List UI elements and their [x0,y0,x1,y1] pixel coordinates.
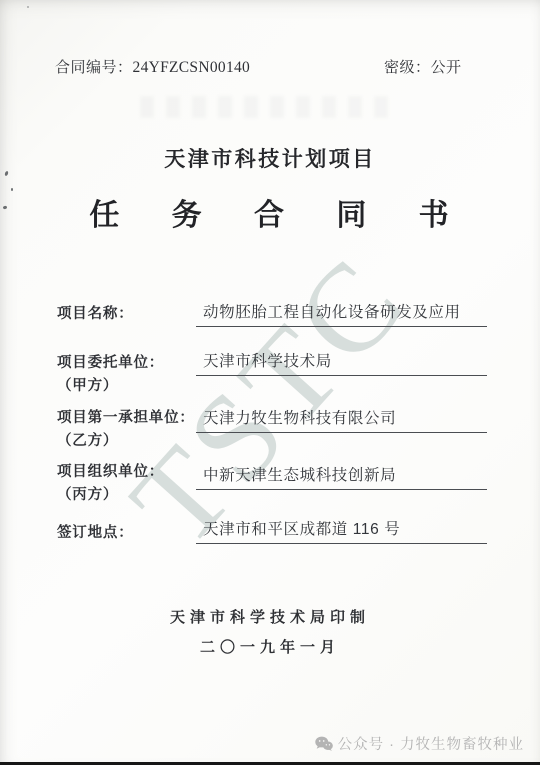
document-title-line1: 天津市科技计划项目 [0,143,540,173]
field-value-signing-place: 天津市和平区成都道 116 号 [196,517,487,544]
scan-speck [11,188,13,191]
field-value-commissioning-unit: 天津市科学技术局 [196,349,487,376]
field-value-first-undertaking-unit: 天津力牧生物科技有限公司 [196,406,487,433]
field-label-organizing-unit: 项目组织单位： （丙方） [57,461,207,507]
field-sublabel-party-b: （乙方） [57,430,207,453]
scanned-contract-cover-page: TSTC 合同编号：24YFZCSN00140 密级：公开 天津市科技计划项目 … [0,0,540,765]
wechat-icon [315,736,333,751]
contract-number-value: 24YFZCSN00140 [133,59,251,76]
contract-number-line: 合同编号：24YFZCSN00140 [55,56,250,77]
official-account-watermark: 公众号 · 力牧生物畜牧种业 [315,733,524,754]
field-sublabel-party-a: （甲方） [57,375,207,398]
printed-by-line: 天津市科学技术局印制 [0,606,540,627]
field-label-first-undertaking-unit: 项目第一承担单位： （乙方） [57,407,207,453]
document-title-line2: 任 务 合 同 书 [10,190,540,234]
field-sublabel-party-c: （丙方） [57,484,207,507]
scan-speck [4,171,9,177]
scan-speck [27,6,29,8]
scan-speck [3,206,8,210]
secrecy-value: 公开 [431,59,462,76]
scan-ghosting-artifact [140,96,400,118]
field-value-organizing-unit: 中新天津生态城科技创新局 [196,463,487,490]
print-date-line: 二〇一九年一月 [0,636,540,657]
tstc-watermark: TSTC [65,186,475,616]
field-label-commissioning-unit: 项目委托单位： （甲方） [57,352,207,398]
secrecy-label: 密级： [384,59,431,76]
contract-number-label: 合同编号： [55,59,133,76]
field-label-signing-place: 签订地点： [57,522,207,545]
field-value-project-name: 动物胚胎工程自动化设备研发及应用 [196,300,487,327]
field-label-project-name: 项目名称： [57,303,207,326]
official-account-text: 公众号 · 力牧生物畜牧种业 [338,733,524,754]
secrecy-line: 密级：公开 [384,56,462,77]
